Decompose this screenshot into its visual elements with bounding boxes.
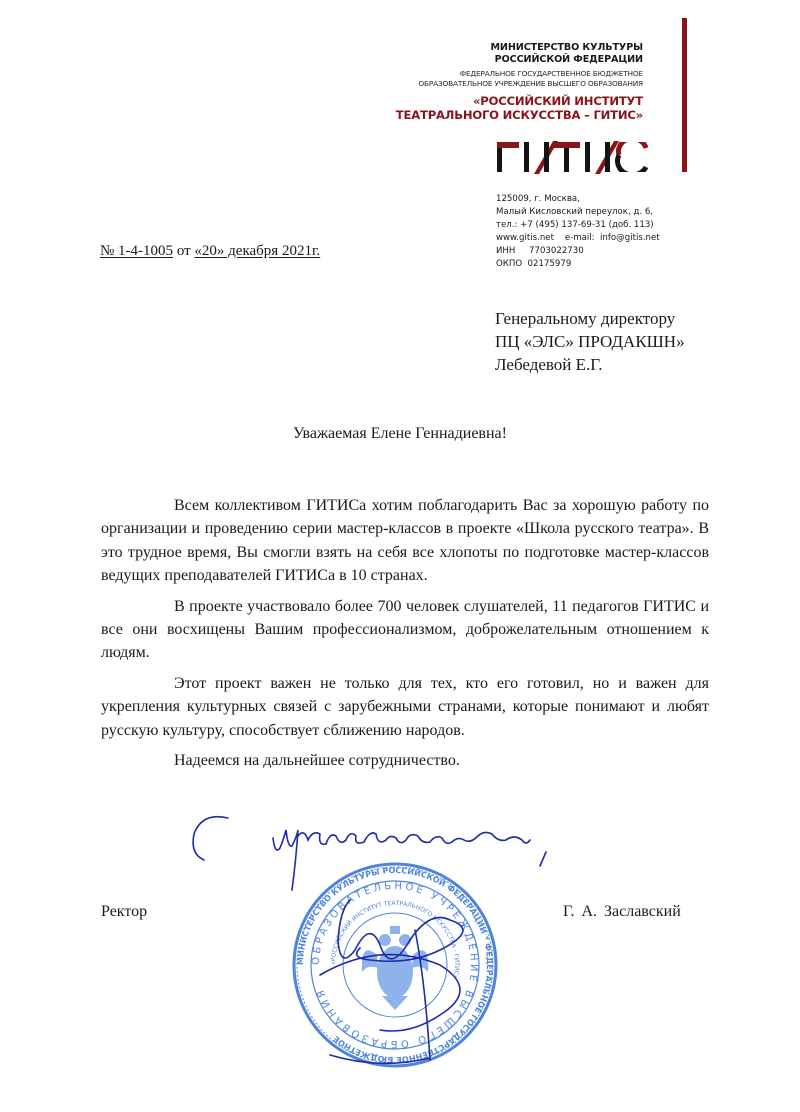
body-paragraph: Всем коллективом ГИТИСа хотим поблагодар…: [101, 494, 709, 588]
salutation: Уважаемая Елене Геннадиевна!: [0, 425, 800, 443]
letterhead: МИНИСТЕРСТВО КУЛЬТУРЫ РОССИЙСКОЙ ФЕДЕРАЦ…: [396, 42, 643, 122]
web-email-line: www.gitis.net e-mail: info@gitis.net: [496, 232, 660, 245]
letterhead-divider: [682, 18, 687, 172]
signatory-title: Ректор: [101, 903, 147, 921]
recipient-block: Генеральному директору ПЦ «ЭЛС» ПРОДАКШН…: [495, 307, 685, 376]
ministry-line-2: РОССИЙСКОЙ ФЕДЕРАЦИИ: [396, 54, 643, 66]
signatory-name: Г. А. Заславский: [563, 903, 681, 921]
letter-page: МИНИСТЕРСТВО КУЛЬТУРЫ РОССИЙСКОЙ ФЕДЕРАЦ…: [0, 0, 800, 1112]
address-line: Малый Кисловский переулок, д. 6,: [496, 206, 660, 219]
address-block: 125009, г. Москва,Малый Кисловский переу…: [496, 193, 660, 271]
institute-line-1: «РОССИЙСКИЙ ИНСТИТУТ: [396, 94, 643, 108]
institution-type-line-1: ФЕДЕРАЛЬНОЕ ГОСУДАРСТВЕННОЕ БЮДЖЕТНОЕ: [396, 69, 643, 79]
body-paragraph: Этот проект важен не только для тех, кто…: [101, 672, 709, 742]
gitis-logo: [497, 142, 649, 172]
body-paragraph: В проекте участвовало более 700 человек …: [101, 595, 709, 665]
body-paragraph: Надеемся на дальнейшее сотрудничество.: [101, 749, 709, 772]
reference-from: от: [173, 243, 194, 259]
recipient-company: ПЦ «ЭЛС» ПРОДАКШН»: [495, 330, 685, 353]
reference-number: № 1-4-1005: [100, 243, 173, 259]
reference-line: № 1-4-1005 от «20» декабря 2021г.: [100, 243, 320, 260]
handwritten-signature: [180, 800, 600, 1080]
recipient-position: Генеральному директору: [495, 307, 685, 330]
ministry-line-1: МИНИСТЕРСТВО КУЛЬТУРЫ: [396, 42, 643, 54]
institution-type: ФЕДЕРАЛЬНОЕ ГОСУДАРСТВЕННОЕ БЮДЖЕТНОЕ ОБ…: [396, 69, 643, 89]
recipient-name: Лебедевой Е.Г.: [495, 353, 685, 376]
inn-line: ИНН 7703022730: [496, 245, 660, 258]
ministry-name: МИНИСТЕРСТВО КУЛЬТУРЫ РОССИЙСКОЙ ФЕДЕРАЦ…: [396, 42, 643, 66]
phone-line: тел.: +7 (495) 137-69-31 (доб. 113): [496, 219, 660, 232]
okpo-line: ОКПО 02175979: [496, 258, 660, 271]
institute-line-2: ТЕАТРАЛЬНОГО ИСКУССТВА – ГИТИС»: [396, 108, 643, 122]
address-line: 125009, г. Москва,: [496, 193, 660, 206]
reference-date: «20» декабря 2021г.: [194, 243, 320, 259]
letter-body: Всем коллективом ГИТИСа хотим поблагодар…: [101, 494, 709, 772]
institute-name: «РОССИЙСКИЙ ИНСТИТУТ ТЕАТРАЛЬНОГО ИСКУСС…: [396, 94, 643, 122]
institution-type-line-2: ОБРАЗОВАТЕЛЬНОЕ УЧРЕЖДЕНИЕ ВЫСШЕГО ОБРАЗ…: [396, 79, 643, 89]
